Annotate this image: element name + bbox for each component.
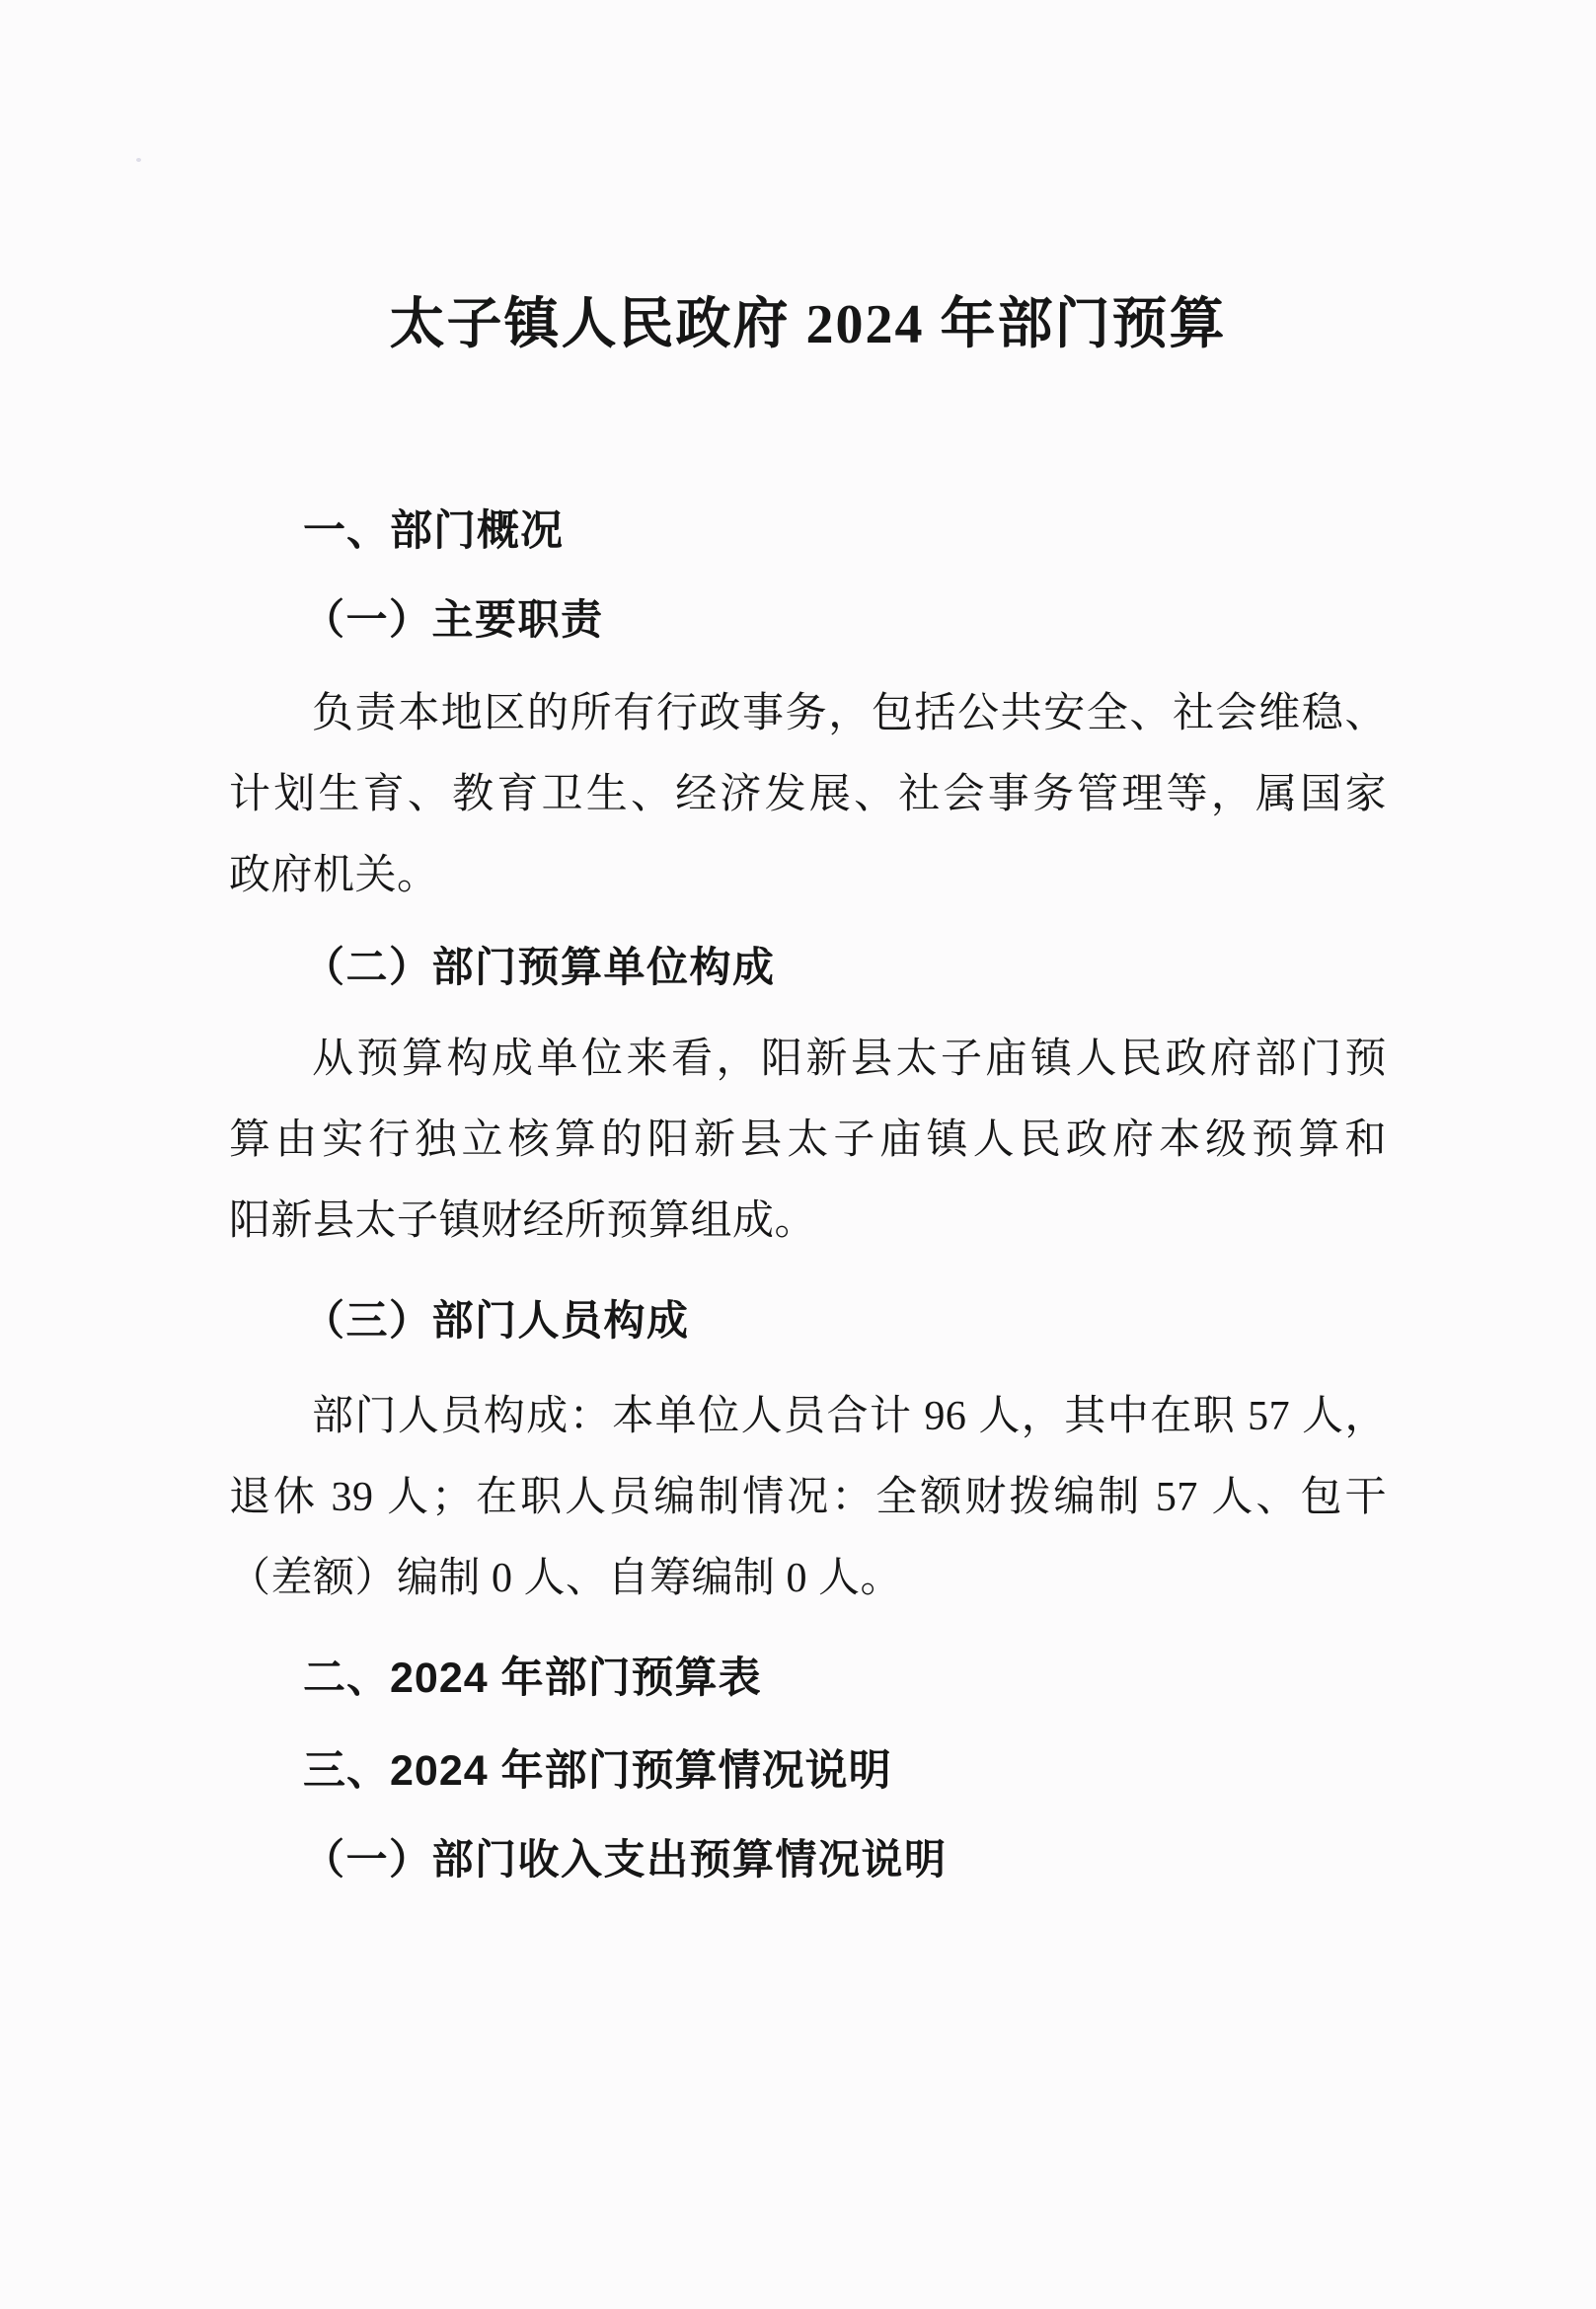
document-title: 太子镇人民政府 2024 年部门预算 xyxy=(229,292,1387,357)
heading-budget-unit-composition: （二）部门预算单位构成 xyxy=(229,944,1387,993)
paragraph-line: （差额）编制 0 人、自筹编制 0 人。 xyxy=(229,1538,1387,1619)
heading-staff-composition: （三）部门人员构成 xyxy=(229,1297,1387,1347)
heading-income-expense-notes: （一）部门收入支出预算情况说明 xyxy=(229,1836,1387,1886)
paragraph-main-duties: 负责本地区的所有行政事务，包括公共安全、社会维稳、 计划生育、教育卫生、经济发展… xyxy=(229,673,1387,916)
heading-overview: 一、部门概况 xyxy=(229,507,1387,555)
paragraph-line: 从预算构成单位来看，阳新县太子庙镇人民政府部门预 xyxy=(229,1019,1387,1100)
heading-main-duties: （一）主要职责 xyxy=(229,596,1387,646)
heading-budget-tables: 二、2024 年部门预算表 xyxy=(229,1655,1387,1702)
paragraph-line: 计划生育、教育卫生、经济发展、社会事务管理等，属国家 xyxy=(229,754,1387,835)
paragraph-line: 政府机关。 xyxy=(229,835,1387,916)
paragraph-staff-composition: 部门人员构成：本单位人员合计 96 人，其中在职 57 人， 退休 39 人；在… xyxy=(229,1376,1387,1619)
paragraph-line: 阳新县太子镇财经所预算组成。 xyxy=(229,1181,1387,1262)
heading-budget-notes: 三、2024 年部门预算情况说明 xyxy=(229,1747,1387,1795)
scan-artifact-speck xyxy=(136,158,141,162)
paragraph-line: 退休 39 人；在职人员编制情况：全额财拨编制 57 人、包干 xyxy=(229,1457,1387,1538)
document-page: 太子镇人民政府 2024 年部门预算 一、部门概况 （一）主要职责 负责本地区的… xyxy=(0,0,1596,2309)
paragraph-line: 算由实行独立核算的阳新县太子庙镇人民政府本级预算和 xyxy=(229,1100,1387,1181)
paragraph-line: 部门人员构成：本单位人员合计 96 人，其中在职 57 人， xyxy=(229,1376,1387,1457)
paragraph-budget-unit-composition: 从预算构成单位来看，阳新县太子庙镇人民政府部门预 算由实行独立核算的阳新县太子庙… xyxy=(229,1019,1387,1262)
paragraph-line: 负责本地区的所有行政事务，包括公共安全、社会维稳、 xyxy=(229,673,1387,754)
